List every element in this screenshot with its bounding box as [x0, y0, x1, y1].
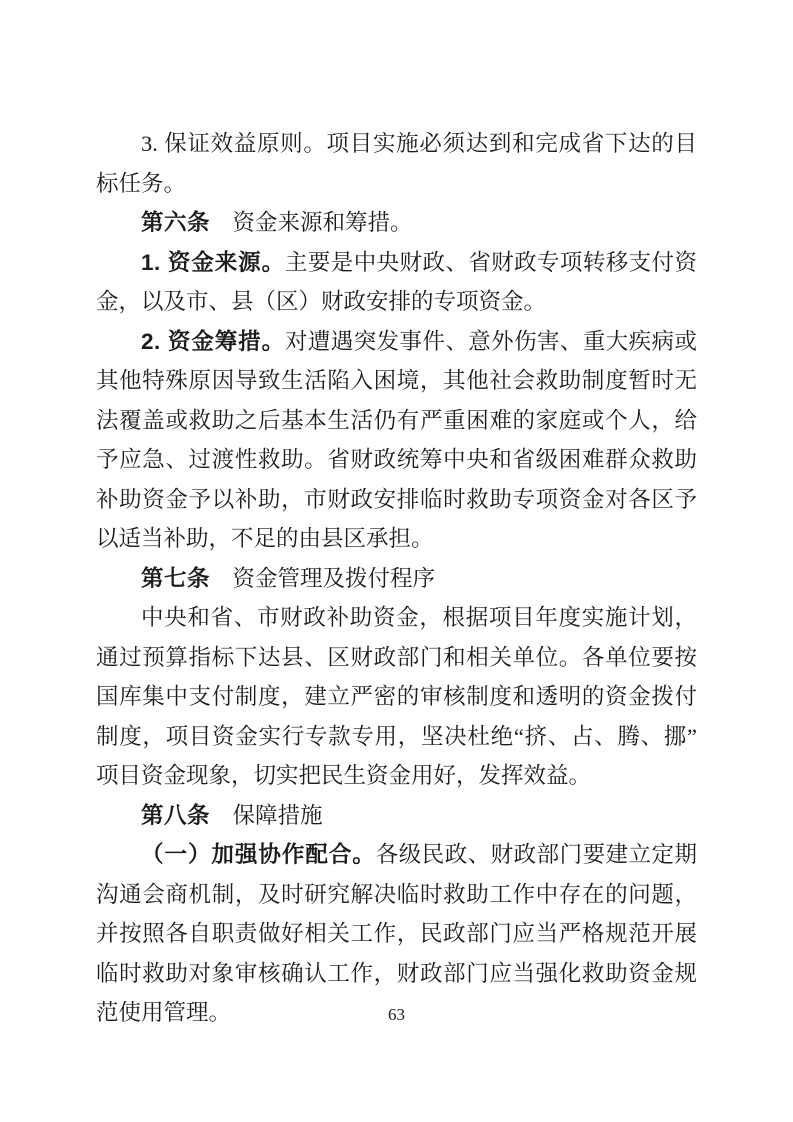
heading-segment: 第六条: [141, 210, 210, 235]
heading-segment: 2. 资金筹措。: [141, 329, 285, 354]
heading-segment: （一）加强协作配合。: [141, 842, 376, 867]
text-segment: 保障措施: [210, 803, 323, 828]
text-segment: 对遭遇突发事件、意外伤害、重大疾病或其他特殊原因导致生活陷入困境，其他社会救助制…: [96, 329, 697, 552]
text-segment: 中央和省、市财政补助资金，根据项目年度实施计划，通过预算指标下达县、区财政部门和…: [96, 605, 697, 788]
heading-segment: 第七条: [141, 566, 210, 591]
document-body: 3. 保证效益原则。项目实施必须达到和完成省下达的目标任务。第六条 资金来源和筹…: [96, 124, 697, 1033]
paragraph: 2. 资金筹措。对遭遇突发事件、意外伤害、重大疾病或其他特殊原因导致生活陷入困境…: [96, 322, 697, 559]
paragraph: 第六条 资金来源和筹措。: [96, 203, 697, 243]
paragraph: 第八条 保障措施: [96, 796, 697, 836]
paragraph: 3. 保证效益原则。项目实施必须达到和完成省下达的目标任务。: [96, 124, 697, 203]
paragraph: 中央和省、市财政补助资金，根据项目年度实施计划，通过预算指标下达县、区财政部门和…: [96, 598, 697, 796]
paragraph: 1. 资金来源。主要是中央财政、省财政专项转移支付资金，以及市、县（区）财政安排…: [96, 243, 697, 322]
heading-segment: 1. 资金来源。: [141, 250, 285, 275]
document-page: 3. 保证效益原则。项目实施必须达到和完成省下达的目标任务。第六条 资金来源和筹…: [0, 0, 793, 1122]
text-segment: 资金来源和筹措。: [210, 210, 413, 235]
heading-segment: 第八条: [141, 803, 210, 828]
page-number: 63: [0, 1003, 793, 1027]
paragraph: 第七条 资金管理及拨付程序: [96, 559, 697, 599]
text-segment: 各级民政、财政部门要建立定期沟通会商机制，及时研究解决临时救助工作中存在的问题，…: [96, 842, 697, 1025]
text-segment: 资金管理及拨付程序: [210, 566, 435, 591]
text-segment: 3. 保证效益原则。项目实施必须达到和完成省下达的目标任务。: [96, 131, 697, 196]
